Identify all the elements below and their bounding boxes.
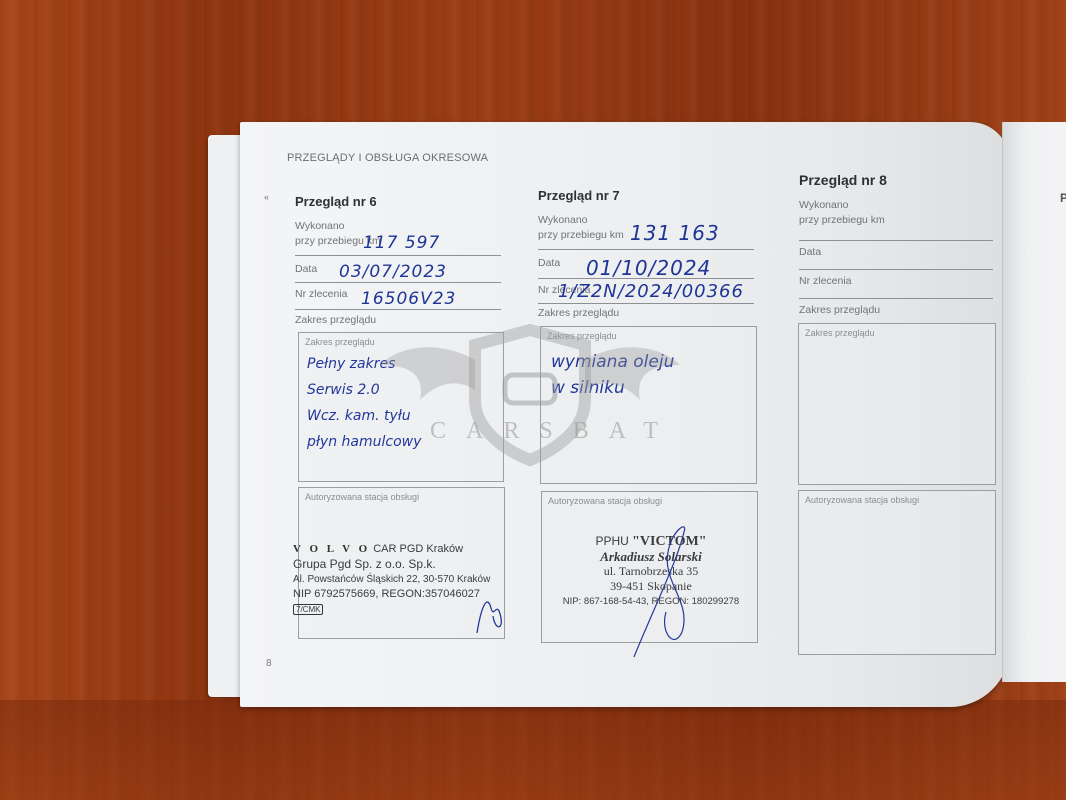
back-arrows-icon: « [264, 192, 267, 202]
mileage-field: Wykonano przy przebiegu km [799, 198, 993, 241]
station-box-6: Autoryzowana stacja obsługi V O L V O CA… [298, 487, 505, 639]
date-value: 03/07/2023 [339, 262, 447, 282]
inspection-title: Przegląd nr 7 [538, 188, 754, 203]
table-surface [0, 700, 1066, 800]
order-field: Nr zlecenia 16506V23 [295, 287, 501, 310]
scope-handwriting: wymiana oleju w silniku [551, 349, 674, 401]
order-field: Nr zlecenia 1/Z2N/2024/00366 [538, 283, 754, 304]
mileage-value: 117 597 [363, 233, 440, 253]
station-box-7: Autoryzowana stacja obsługi PPHU "VICTOM… [541, 491, 758, 643]
inspection-7: Przegląd nr 7 Wykonano przy przebiegu km… [538, 188, 754, 321]
scope-label: Zakres przeglądu [295, 313, 501, 328]
mileage-field: Wykonano przy przebiegu km 117 597 [295, 219, 501, 256]
inspection-title: Przegląd nr 8 [799, 172, 993, 188]
section-header: PRZEGLĄDY I OBSŁUGA OKRESOWA [287, 152, 488, 164]
date-field: Data 03/07/2023 [295, 262, 501, 283]
inspection-8: Przegląd nr 8 Wykonano przy przebiegu km… [799, 172, 993, 318]
signature [469, 588, 509, 638]
date-field: Data 01/10/2024 [538, 256, 754, 279]
order-field: Nr zlecenia [799, 274, 993, 299]
scope-box-6: Zakres przeglądu Pełny zakres Serwis 2.0… [298, 332, 504, 482]
page-number: 8 [266, 658, 272, 669]
mileage-value: 131 163 [630, 221, 720, 245]
scope-box-8: Zakres przeglądu [798, 323, 996, 485]
date-field: Data [799, 245, 993, 270]
signature [622, 522, 702, 662]
order-value: 16506V23 [361, 289, 456, 309]
date-value: 01/10/2024 [586, 256, 711, 280]
inspection-title: Przegląd nr 6 [295, 194, 501, 209]
watermark-text: CARSBAT [430, 418, 678, 445]
order-value: 1/Z2N/2024/00366 [558, 281, 744, 302]
dealer-stamp: V O L V O CAR PGD Kraków Grupa Pgd Sp. z… [293, 542, 490, 617]
next-page-peek: P [1060, 188, 1066, 208]
scope-box-7: Zakres przeglądu wymiana oleju w silniku [540, 326, 757, 484]
station-box-8: Autoryzowana stacja obsługi [798, 490, 996, 655]
scope-label: Zakres przeglądu [799, 303, 993, 318]
inspection-6: Przegląd nr 6 Wykonano przy przebiegu km… [295, 194, 501, 328]
scope-label: Zakres przeglądu [538, 306, 754, 321]
booklet-next-page [1002, 122, 1066, 682]
mileage-field: Wykonano przy przebiegu km 131 163 [538, 213, 754, 250]
scope-handwriting: Pełny zakres Serwis 2.0 Wcz. kam. tyłu p… [307, 351, 421, 455]
